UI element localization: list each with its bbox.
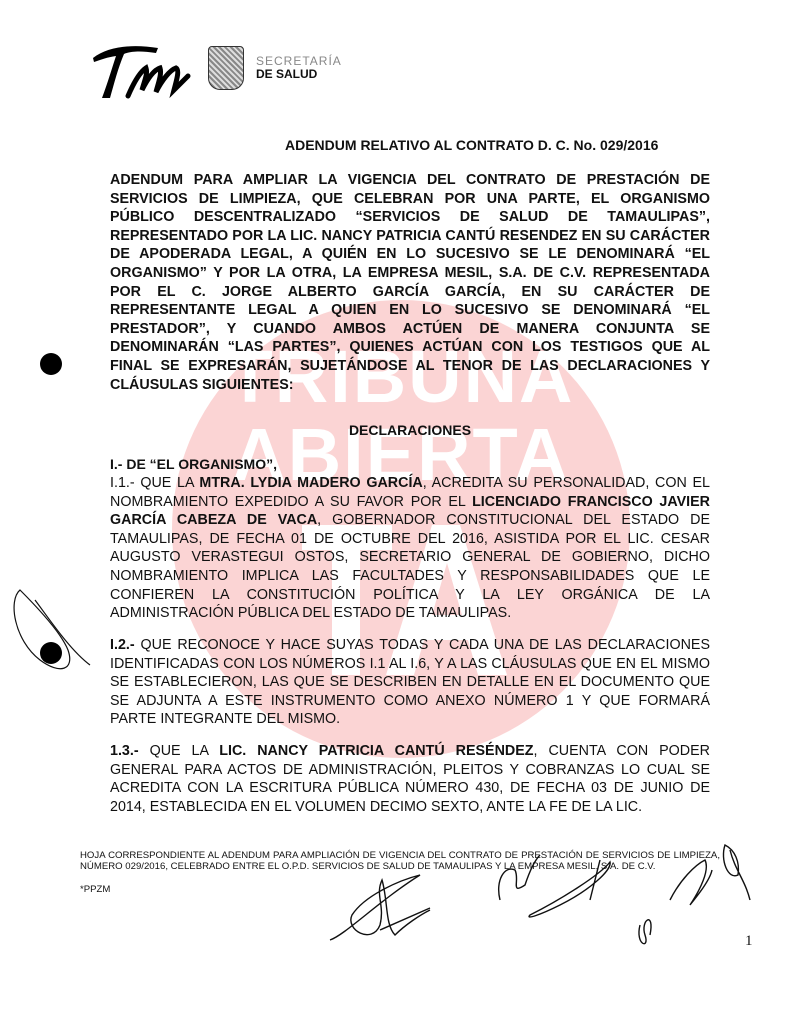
- page-number: 1: [745, 933, 753, 950]
- clause-text: , GOBERNADOR CONSTITUCIONAL DEL ESTADO D…: [110, 512, 710, 621]
- clause-prefix: 1.3.-: [110, 743, 139, 759]
- signature-1-icon: [330, 875, 430, 940]
- sub-heading-organismo: I.- DE “EL ORGANISMO”,: [110, 456, 277, 472]
- hole-punch-mark-icon: [40, 642, 62, 664]
- section-heading: DECLARACIONES: [110, 422, 710, 438]
- declaration-1-3: 1.3.- QUE LA LIC. NANCY PATRICIA CANTÚ R…: [110, 742, 710, 816]
- state-seal-icon: [208, 46, 244, 90]
- secretaria-line1: SECRETARÍA: [256, 54, 342, 68]
- clause-prefix: I.2.-: [110, 637, 135, 653]
- declaration-1-2: I.2.- QUE RECONOCE Y HACE SUYAS TODAS Y …: [110, 636, 710, 729]
- intro-paragraph: ADENDUM PARA AMPLIAR LA VIGENCIA DEL CON…: [110, 171, 710, 394]
- footer-note: HOJA CORRESPONDIENTE AL ADENDUM PARA AMP…: [80, 850, 720, 873]
- secretaria-line2: DE SALUD: [256, 67, 317, 81]
- footer-initials: *PPZM: [80, 884, 110, 895]
- declaration-1-1: I.1.- QUE LA MTRA. LYDIA MADERO GARCÍA, …: [110, 474, 710, 623]
- name-bold: LIC. NANCY PATRICIA CANTÚ RESÉNDEZ: [219, 743, 533, 759]
- hole-punch-mark-icon: [40, 353, 62, 375]
- clause-text: QUE RECONOCE Y HACE SUYAS TODAS Y CADA U…: [110, 637, 710, 727]
- name-bold: MTRA. LYDIA MADERO GARCÍA: [199, 475, 422, 491]
- clause-text: QUE LA: [139, 743, 220, 759]
- document-title: ADENDUM RELATIVO AL CONTRATO D. C. No. 0…: [285, 137, 658, 153]
- tm-logo-icon: [88, 40, 203, 102]
- clause-prefix: I.1.- QUE LA: [110, 475, 199, 491]
